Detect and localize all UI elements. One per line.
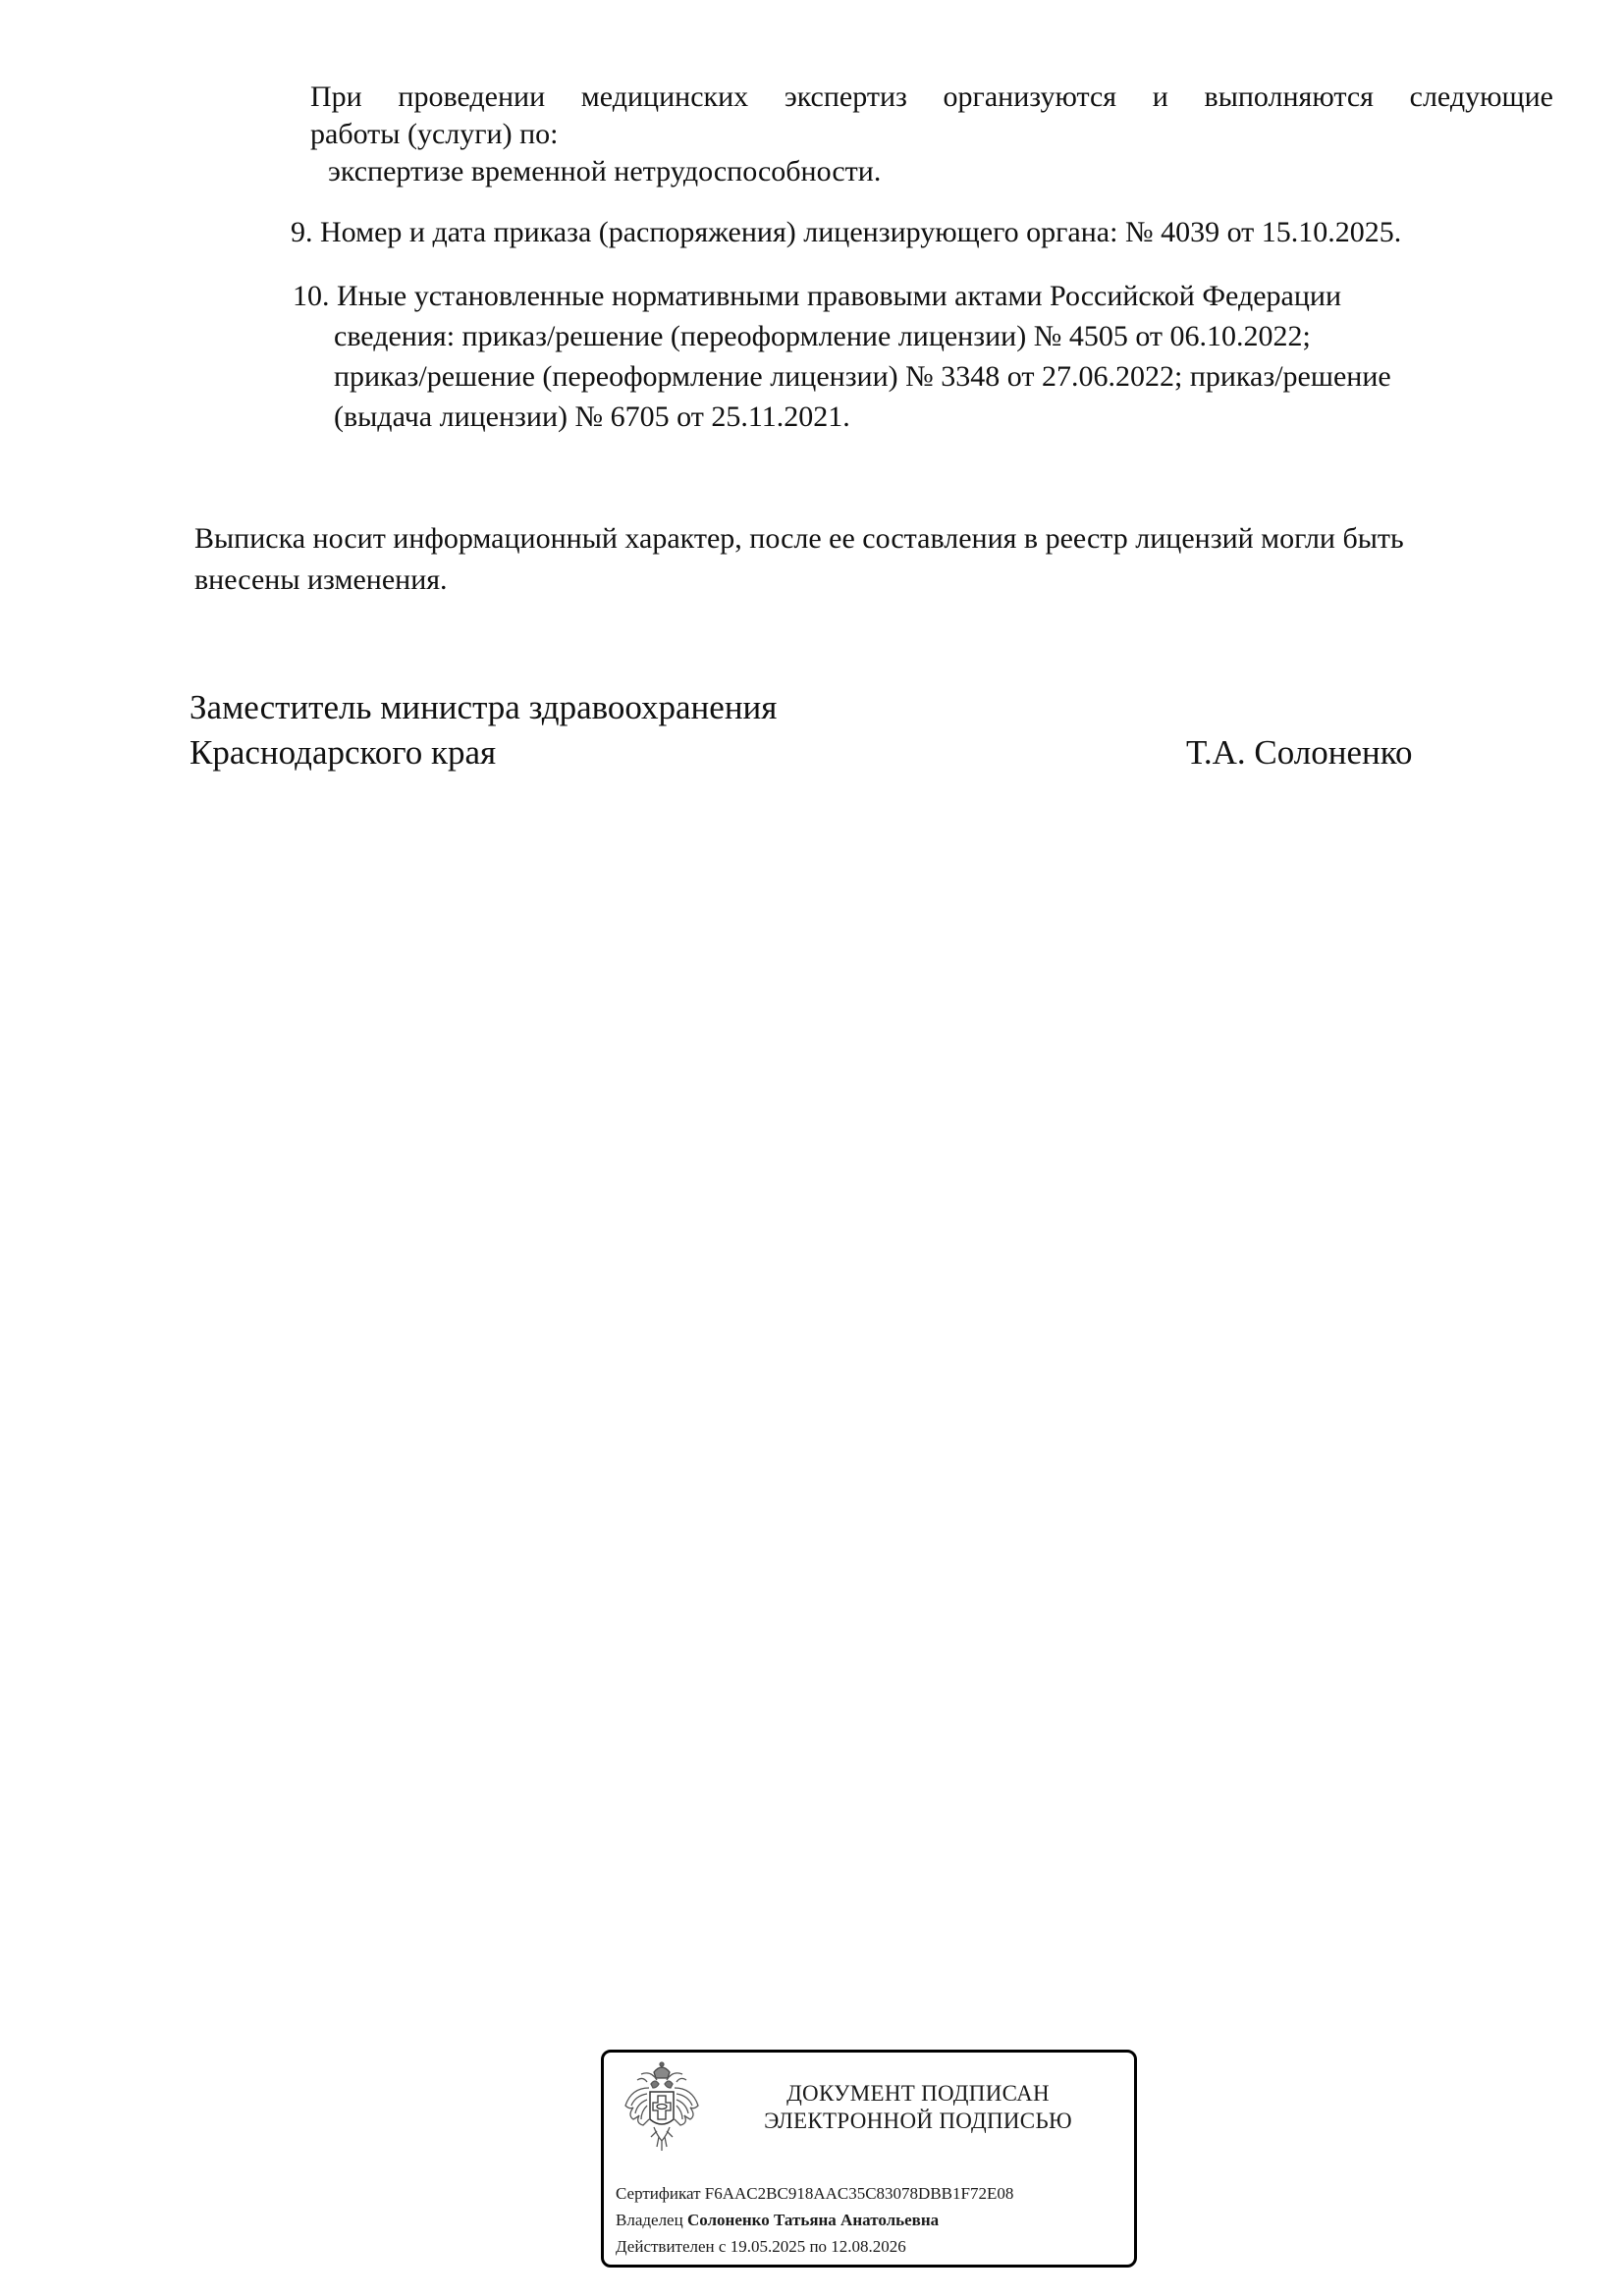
stamp-title-line: ЭЛЕКТРОННОЙ ПОДПИСЬЮ	[722, 2108, 1114, 2135]
signatory-position-line: Краснодарского края	[189, 730, 777, 775]
disclaimer-paragraph: Выписка носит информационный характер, п…	[194, 520, 1589, 599]
signatory-name: Т.А. Солоненко	[1186, 730, 1412, 775]
service-item: экспертизе временной нетрудоспособности.	[310, 153, 1553, 190]
electronic-signature-stamp: ДОКУМЕНТ ПОДПИСАН ЭЛЕКТРОННОЙ ПОДПИСЬЮ С…	[601, 2050, 1137, 2268]
owner-row: Владелец Солоненко Татьяна Анатольевна	[616, 2207, 1013, 2233]
certificate-row: Сертификат F6AAC2BC918AAC35C83078DBB1F72…	[616, 2180, 1013, 2207]
signatory-position: Заместитель министра здравоохранения Кра…	[189, 685, 777, 775]
other-information-item: 10. Иные установленные нормативными прав…	[293, 278, 1569, 436]
other-information-line: 10. Иные установленные нормативными прав…	[293, 278, 1569, 315]
license-order-number-item: 9. Номер и дата приказа (распоряжения) л…	[291, 214, 1401, 251]
owner-label: Владелец	[616, 2211, 683, 2229]
other-information-line: (выдача лицензии) № 6705 от 25.11.2021.	[293, 399, 1569, 436]
disclaimer-line: Выписка носит информационный характер, п…	[194, 520, 1589, 558]
disclaimer-line: внесены изменения.	[194, 561, 1589, 599]
services-intro-line-2: работы (услуги) по:	[310, 116, 1553, 153]
owner-value: Солоненко Татьяна Анатольевна	[687, 2211, 939, 2229]
certificate-value: F6AAC2BC918AAC35C83078DBB1F72E08	[705, 2184, 1014, 2203]
stamp-title: ДОКУМЕНТ ПОДПИСАН ЭЛЕКТРОННОЙ ПОДПИСЬЮ	[722, 2080, 1114, 2135]
other-information-line: приказ/решение (переоформление лицензии)…	[293, 358, 1569, 396]
services-intro-line: При проведении медицинских экспертиз орг…	[310, 79, 1553, 116]
signatory-position-line: Заместитель министра здравоохранения	[189, 685, 777, 730]
stamp-title-line: ДОКУМЕНТ ПОДПИСАН	[722, 2080, 1114, 2108]
other-information-line: сведения: приказ/решение (переоформление…	[293, 318, 1569, 355]
services-paragraph: При проведении медицинских экспертиз орг…	[310, 79, 1553, 190]
validity-row: Действителен с 19.05.2025 по 12.08.2026	[616, 2233, 1013, 2260]
coat-of-arms-icon	[622, 2058, 702, 2157]
certificate-label: Сертификат	[616, 2184, 701, 2203]
stamp-certificate-info: Сертификат F6AAC2BC918AAC35C83078DBB1F72…	[616, 2180, 1013, 2260]
